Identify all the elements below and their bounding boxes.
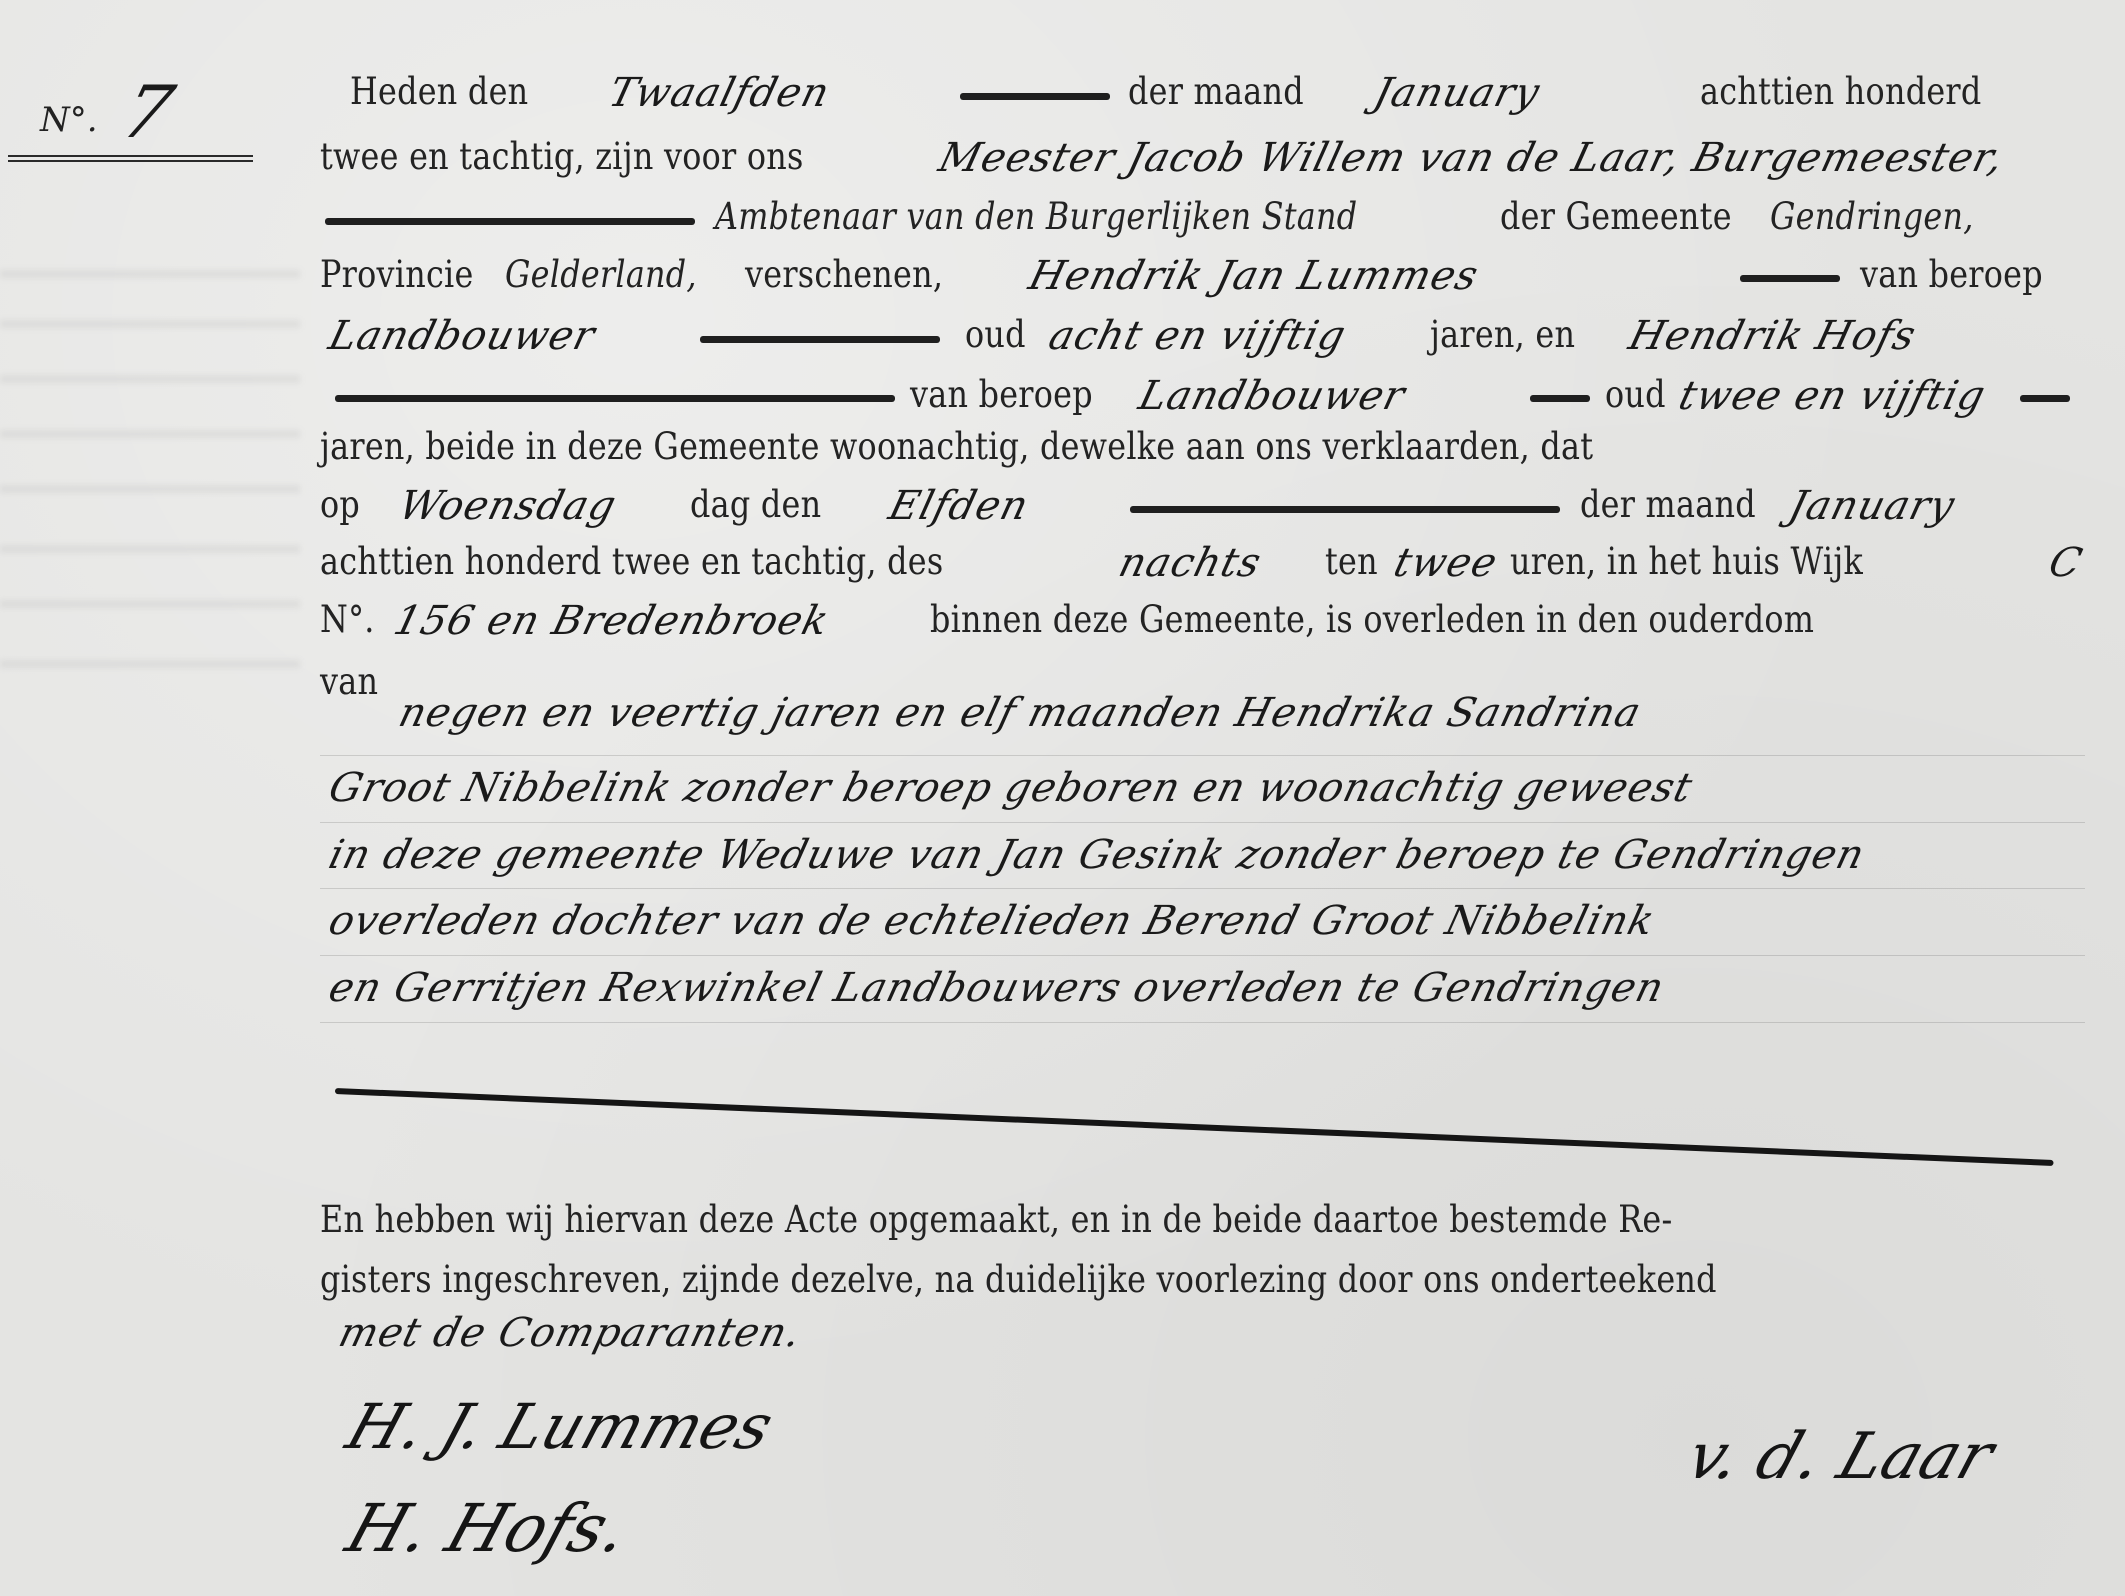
- printed-text: dag den: [690, 483, 821, 526]
- handwritten-entry: Landbouwer: [1134, 373, 1410, 419]
- printed-text: der maand: [1580, 483, 1756, 526]
- handwritten-entry: Woensdag: [394, 483, 621, 529]
- record-number-label: N°.: [40, 100, 98, 140]
- printed-text: achttien honderd: [1700, 70, 1982, 113]
- handwritten-entry: 156 en Bredenbroek: [389, 598, 834, 644]
- handwritten-entry: twee en vijftig: [1674, 373, 1990, 419]
- ruled-line: [320, 1022, 2085, 1023]
- handwritten-entry: en Gerritjen Rexwinkel Landbouwers overl…: [324, 965, 1669, 1011]
- bleed-through: [0, 430, 300, 438]
- handwritten-entry: Twaalfden: [604, 70, 834, 116]
- printed-text: En hebben wij hiervan deze Acte opgemaak…: [320, 1198, 1673, 1241]
- bleed-through: [0, 320, 300, 328]
- filler-dash: [1530, 395, 1590, 402]
- printed-text: achttien honderd twee en tachtig, des: [320, 540, 943, 583]
- ruled-line: [320, 888, 2085, 889]
- record-number-underline: [8, 155, 253, 165]
- filler-dash: [700, 336, 940, 343]
- printed-text: verschenen,: [745, 253, 943, 296]
- printed-text: jaren, beide in deze Gemeente woonachtig…: [320, 425, 1593, 468]
- printed-text: jaren, en: [1430, 313, 1575, 356]
- handwritten-entry: Meester Jacob Willem van de Laar, Burgem…: [934, 135, 2009, 181]
- sig-hofs: H. Hofs.: [337, 1490, 638, 1567]
- handwritten-entry: January: [1369, 70, 1544, 116]
- printed-text: Gelderland,: [505, 253, 697, 296]
- printed-text: gisters ingeschreven, zijnde dezelve, na…: [320, 1258, 1717, 1301]
- printed-text: oud: [1605, 373, 1666, 416]
- handwritten-entry: in deze gemeente Weduwe van Jan Gesink z…: [324, 832, 1869, 878]
- printed-text: Provincie: [320, 253, 474, 296]
- printed-text: Gendringen,: [1770, 195, 1974, 238]
- handwritten-entry: Groot Nibbelink zonder beroep geboren en…: [324, 765, 1697, 811]
- printed-text: der Gemeente: [1500, 195, 1732, 238]
- sig-lummes: H. J. Lummes: [338, 1390, 782, 1463]
- bleed-through: [0, 485, 300, 493]
- printed-text: Ambtenaar van den Burgerlijken Stand: [715, 195, 1357, 238]
- bleed-through: [0, 375, 300, 383]
- printed-text: op: [320, 483, 360, 526]
- bleed-through: [0, 270, 300, 278]
- bleed-through: [0, 660, 300, 668]
- filler-dash: [960, 93, 1110, 100]
- filler-dash: [1130, 506, 1560, 513]
- filler-dash: [2020, 395, 2070, 402]
- printed-text: uren, in het huis Wijk: [1510, 540, 1863, 583]
- printed-text: oud: [965, 313, 1026, 356]
- bleed-through: [0, 545, 300, 553]
- filler-dash: [335, 395, 895, 402]
- handwritten-entry: nachts: [1114, 540, 1266, 586]
- handwritten-entry: acht en vijftig: [1044, 313, 1351, 359]
- filler-dash: [1740, 275, 1840, 282]
- printed-text: Heden den: [350, 70, 528, 113]
- printed-text: van beroep: [1860, 253, 2043, 296]
- printed-text: der maand: [1128, 70, 1304, 113]
- handwritten-entry: twee: [1389, 540, 1502, 586]
- printed-text: binnen deze Gemeente, is overleden in de…: [930, 598, 1814, 641]
- printed-text: twee en tachtig, zijn voor ons: [320, 135, 804, 178]
- ruled-line: [320, 755, 2085, 756]
- printed-text: van beroep: [910, 373, 1093, 416]
- bleed-through: [0, 600, 300, 608]
- filler-dash: [325, 218, 695, 225]
- printed-text: van: [320, 660, 378, 703]
- handwritten-entry: Hendrik Jan Lummes: [1024, 253, 1483, 299]
- handwritten-entry: Elfden: [884, 483, 1033, 529]
- handwritten-entry: met de Comparanten.: [334, 1310, 806, 1356]
- sig-registrar: v. d. Laar: [1678, 1420, 2002, 1494]
- printed-text: N°.: [320, 598, 375, 641]
- handwritten-entry: Hendrik Hofs: [1624, 313, 1921, 359]
- ruled-line: [320, 955, 2085, 956]
- handwritten-entry: overleden dochter van de echtelieden Ber…: [324, 898, 1659, 944]
- handwritten-entry: negen en veertig jaren en elf maanden He…: [394, 690, 1646, 736]
- printed-text: ten: [1325, 540, 1378, 583]
- handwritten-entry: Landbouwer: [324, 313, 600, 359]
- ruled-line: [320, 822, 2085, 823]
- handwritten-entry: January: [1784, 483, 1959, 529]
